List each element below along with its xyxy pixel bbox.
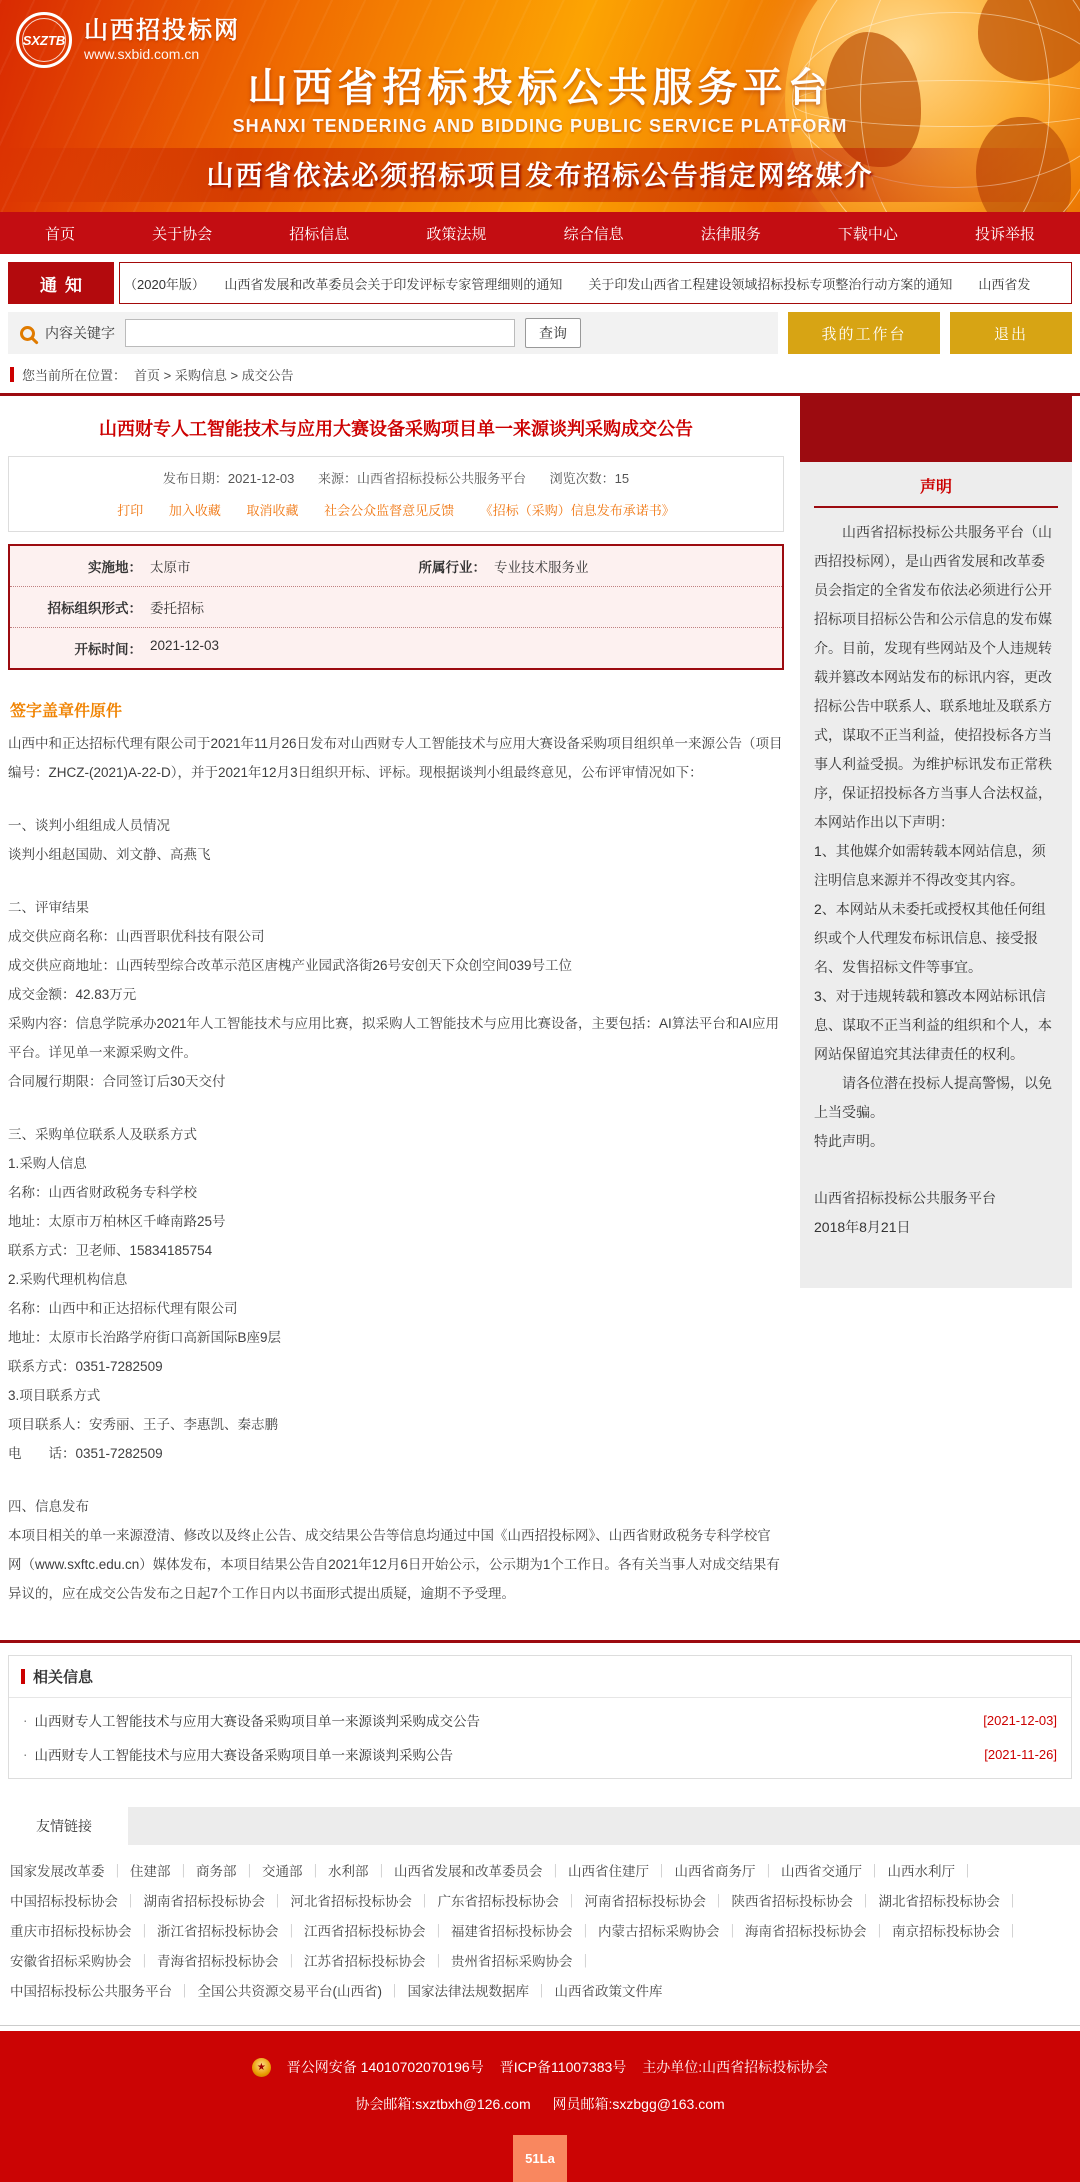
article-paragraph: 成交供应商名称：山西晋职优科技有限公司	[8, 922, 784, 951]
site-logo[interactable]: SXZTB 山西招投标网 www.sxbid.com.cn	[16, 12, 240, 68]
article-paragraph: 名称：山西省财政税务专科学校	[8, 1178, 784, 1207]
friend-link[interactable]: 浙江省招标投标协会	[157, 1924, 304, 1939]
friend-links-row: 重庆市招标投标协会浙江省招标投标协会江西省招标投标协会福建省招标投标协会内蒙古招…	[10, 1917, 1070, 1947]
related-title: 相关信息	[33, 1666, 93, 1687]
publish-date: 2021-12-03	[228, 471, 295, 486]
related-marker	[21, 1669, 25, 1684]
article-action-link[interactable]: 打印	[117, 503, 143, 518]
page: SXZTB 山西招投标网 www.sxbid.com.cn 山西省招标投标公共服…	[0, 0, 1080, 2182]
nav-item[interactable]: 投诉举报	[975, 223, 1035, 244]
footer-member-email: 网员邮箱:sxzbgg@163.com	[553, 2096, 725, 2112]
query-button[interactable]: 查询	[525, 318, 581, 348]
article-meta-line: 发布日期：2021-12-03 来源：山西省招标投标公共服务平台 浏览次数：15	[9, 468, 783, 487]
friend-link[interactable]: 国家法律法规数据库	[408, 1984, 555, 1999]
location-label: 实施地：	[10, 556, 142, 576]
workspace-button[interactable]: 我的工作台	[788, 312, 940, 354]
article-paragraph: 山西中和正达招标代理有限公司于2021年11月26日发布对山西财专人工智能技术与…	[8, 729, 784, 787]
industry-label: 所属行业：	[396, 556, 486, 576]
declaration-body: 山西省招标投标公共服务平台（山西招投标网），是山西省发展和改革委员会指定的全省发…	[814, 518, 1058, 1242]
friend-link[interactable]: 山西省商务厅	[675, 1864, 782, 1879]
footer-assoc-email: 协会邮箱:sxztbxh@126.com	[355, 2096, 530, 2112]
related-header: 相关信息	[9, 1656, 1071, 1698]
article-title: 山西财专人工智能技术与应用大赛设备采购项目单一来源谈判采购成交公告	[14, 416, 778, 442]
notice-ticker[interactable]: （2020年版） 山西省发展和改革委员会关于印发评标专家管理细则的通知 关于印发…	[119, 262, 1072, 304]
article-paragraph: 三、采购单位联系人及联系方式	[8, 1120, 784, 1149]
article-paragraph: 合同履行期限：合同签订后30天交付	[8, 1067, 784, 1096]
article-paragraph: 二、评审结果	[8, 893, 784, 922]
friend-link[interactable]: 海南省招标投标协会	[745, 1924, 892, 1939]
article-paragraph: 名称：山西中和正达招标代理有限公司	[8, 1294, 784, 1323]
notice-row: 通知 （2020年版） 山西省发展和改革委员会关于印发评标专家管理细则的通知 关…	[8, 262, 1072, 304]
site-name: 山西招投标网	[84, 17, 240, 45]
article-meta-box: 发布日期：2021-12-03 来源：山西省招标投标公共服务平台 浏览次数：15…	[8, 456, 784, 532]
nav-item[interactable]: 政策法规	[426, 223, 486, 244]
open-date-cell: 开标时间： 2021-12-03	[10, 638, 782, 658]
friend-link[interactable]: 中国招标投标协会	[10, 1894, 144, 1909]
banner-slogan: 山西省依法必须招标项目发布招标公告指定网络媒介	[0, 154, 1080, 193]
logo-text: 山西招投标网 www.sxbid.com.cn	[84, 17, 240, 63]
footer-registration-line: ★ 晋公网安备 14010702070196号 晋ICP备11007383号 主…	[0, 2057, 1080, 2077]
table-row: 招标组织形式： 委托招标	[10, 587, 782, 628]
friend-links-row: 中国招标投标公共服务平台全国公共资源交易平台(山西省)国家法律法规数据库山西省政…	[10, 1977, 1070, 2007]
related-top-divider	[0, 1640, 1080, 1643]
logo-circle-icon: SXZTB	[16, 12, 72, 68]
breadcrumb-path[interactable]: 首页 > 采购信息 > 成交公告	[134, 365, 294, 384]
article-column: 山西财专人工智能技术与应用大赛设备采购项目单一来源谈判采购成交公告 发布日期：2…	[8, 396, 788, 1608]
friend-link[interactable]: 安徽省招标采购协会	[10, 1954, 157, 1969]
related-section: 相关信息 · 山西财专人工智能技术与应用大赛设备采购项目单一来源谈判采购成交公告…	[8, 1655, 1072, 1779]
article-body: 山西中和正达招标代理有限公司于2021年11月26日发布对山西财专人工智能技术与…	[8, 729, 784, 1608]
article-action-link[interactable]: 《招标（采购）信息发布承诺书》	[480, 503, 675, 518]
stat-counter-badge[interactable]: 51La	[513, 2135, 567, 2182]
list-item: · 山西财专人工智能技术与应用大赛设备采购项目单一来源谈判采购成交公告 [202…	[9, 1698, 1071, 1732]
related-list: · 山西财专人工智能技术与应用大赛设备采购项目单一来源谈判采购成交公告 [202…	[9, 1698, 1071, 1778]
friend-link[interactable]: 交通部	[262, 1864, 328, 1879]
org-form-label: 招标组织形式：	[10, 597, 142, 617]
friend-link[interactable]: 江西省招标投标协会	[304, 1924, 451, 1939]
nav-item[interactable]: 首页	[45, 223, 75, 244]
friend-link[interactable]: 福建省招标投标协会	[451, 1924, 598, 1939]
notice-label: 通知	[8, 262, 114, 304]
nav-item[interactable]: 关于协会	[152, 223, 212, 244]
views-count: 15	[615, 471, 629, 486]
friend-link[interactable]: 陕西省招标投标协会	[732, 1894, 879, 1909]
article-paragraph: 项目联系人：安秀丽、王子、李惠凯、秦志鹏	[8, 1410, 784, 1439]
friend-links-row: 安徽省招标采购协会青海省招标投标协会江苏省招标投标协会贵州省招标采购协会	[10, 1947, 1070, 1977]
logout-button[interactable]: 退出	[950, 312, 1072, 354]
declaration-title: 声明	[814, 474, 1058, 508]
friend-link[interactable]: 内蒙古招标采购协会	[598, 1924, 745, 1939]
article-paragraph: 联系方式：0351-7282509	[8, 1352, 784, 1381]
views-label: 浏览次数：	[550, 471, 615, 486]
logo-abbr: SXZTB	[23, 33, 66, 48]
friend-links-row: 中国招标投标协会湖南省招标投标协会河北省招标投标协会广东省招标投标协会河南省招标…	[10, 1887, 1070, 1917]
header-banner: SXZTB 山西招投标网 www.sxbid.com.cn 山西省招标投标公共服…	[0, 0, 1080, 212]
friend-link[interactable]: 重庆市招标投标协会	[10, 1924, 157, 1939]
footer-icp: 晋ICP备11007383号	[500, 2057, 627, 2077]
bullet-icon: ·	[23, 1747, 28, 1762]
friend-link[interactable]: 江苏省招标投标协会	[304, 1954, 451, 1969]
friend-link[interactable]: 青海省招标投标协会	[157, 1954, 304, 1969]
section-heading: 签字盖章件原件	[10, 698, 782, 721]
declaration-paragraph: 特此声明。	[814, 1127, 1058, 1156]
source-label: 来源：	[318, 471, 357, 486]
article-paragraph: 1.采购人信息	[8, 1149, 784, 1178]
article-actions: 打印 加入收藏 取消收藏 社会公众监督意见反馈 《招标（采购）信息发布承诺书》	[9, 500, 783, 519]
platform-title-en: SHANXI TENDERING AND BIDDING PUBLIC SERV…	[0, 116, 1080, 137]
article-paragraph: 地址：太原市万柏林区千峰南路25号	[8, 1207, 784, 1236]
sidebar-column: 声明 山西省招标投标公共服务平台（山西招投标网），是山西省发展和改革委员会指定的…	[800, 396, 1072, 1288]
sidebar-red-block	[800, 396, 1072, 462]
footer-beian: 晋公网安备 14010702070196号	[287, 2057, 484, 2077]
article-paragraph	[8, 1468, 784, 1492]
nav-item[interactable]: 综合信息	[564, 223, 624, 244]
nav-item[interactable]: 下载中心	[838, 223, 898, 244]
friend-link[interactable]: 河南省招标投标协会	[585, 1894, 732, 1909]
bullet-icon: ·	[23, 1713, 28, 1728]
friend-link[interactable]: 住建部	[130, 1864, 196, 1879]
list-item: · 山西财专人工智能技术与应用大赛设备采购项目单一来源谈判采购公告 [2021-…	[9, 1732, 1071, 1778]
declaration-paragraph: 3、对于违规转载和篡改本网站标讯信息、谋取不正当利益的组织和个人，本网站保留追究…	[814, 982, 1058, 1069]
friend-link[interactable]: 河北省招标投标协会	[291, 1894, 438, 1909]
declaration-paragraph: 2、本网站从未委托或授权其他任何组织或个人代理发布标讯信息、接受报名、发售招标文…	[814, 895, 1058, 982]
article-paragraph: 成交供应商地址：山西转型综合改革示范区唐槐产业园武洛街26号安创天下众创空间03…	[8, 951, 784, 980]
article-action-link[interactable]: 加入收藏	[169, 503, 221, 518]
footer-email-line: 协会邮箱:sxztbxh@126.com 网员邮箱:sxzbgg@163.com	[0, 2094, 1080, 2114]
friend-link[interactable]: 山西省政策文件库	[555, 1984, 663, 1999]
article-paragraph: 3.项目联系方式	[8, 1381, 784, 1410]
friend-link[interactable]: 南京招标投标协会	[892, 1924, 1026, 1939]
main-nav: 首页 关于协会 招标信息 政策法规 综合信息 法律服务 下载中心 投诉举报	[0, 212, 1080, 254]
search-panel: 内容关键字 查询	[8, 312, 778, 354]
article-paragraph: 采购内容：信息学院承办2021年人工智能技术与应用比赛，拟采购人工智能技术与应用…	[8, 1009, 784, 1067]
search-label: 内容关键字	[45, 323, 115, 343]
friend-links-row: 国家发展改革委住建部商务部交通部水利部山西省发展和改革委员会山西省住建厅山西省商…	[10, 1857, 1070, 1887]
declaration-paragraph: 山西省招标投标公共服务平台	[814, 1184, 1058, 1213]
friend-link[interactable]: 山西省发展和改革委员会	[394, 1864, 568, 1879]
friend-link[interactable]: 国家发展改革委	[10, 1864, 130, 1879]
table-row: 实施地： 太原市 所属行业： 专业技术服务业	[10, 546, 782, 587]
breadcrumb-prefix: 您当前所在位置：	[22, 365, 126, 384]
declaration-paragraph: 请各位潜在投标人提高警惕，以免上当受骗。	[814, 1069, 1058, 1127]
footer: ★ 晋公网安备 14010702070196号 晋ICP备11007383号 主…	[0, 2031, 1080, 2182]
content-area: 山西财专人工智能技术与应用大赛设备采购项目单一来源谈判采购成交公告 发布日期：2…	[0, 396, 1080, 1608]
article-paragraph: 地址：太原市长治路学府街口高新国际B座9层	[8, 1323, 784, 1352]
project-info-table: 实施地： 太原市 所属行业： 专业技术服务业 招标组织形式： 委托招标	[8, 544, 784, 670]
friend-link[interactable]: 湖南省招标投标协会	[144, 1894, 291, 1909]
related-item-title[interactable]: 山西财专人工智能技术与应用大赛设备采购项目单一来源谈判采购公告	[35, 1744, 454, 1764]
nav-item[interactable]: 招标信息	[289, 223, 349, 244]
tab-friend-links[interactable]: 友情链接	[0, 1807, 128, 1845]
friend-link[interactable]: 商务部	[196, 1864, 262, 1879]
article-paragraph: 电 话：0351-7282509	[8, 1439, 784, 1468]
article-paragraph: 成交金额：42.83万元	[8, 980, 784, 1009]
search-row: 内容关键字 查询 我的工作台 退出	[8, 312, 1072, 354]
industry-cell: 所属行业： 专业技术服务业	[396, 556, 782, 576]
location-value: 太原市	[150, 556, 191, 576]
org-form-cell: 招标组织形式： 委托招标	[10, 597, 782, 617]
open-date-label: 开标时间：	[10, 638, 142, 658]
search-input[interactable]	[125, 319, 515, 347]
article-paragraph: 2.采购代理机构信息	[8, 1265, 784, 1294]
friend-link[interactable]: 湖北省招标投标协会	[879, 1894, 1026, 1909]
breadcrumb: 您当前所在位置： 首页 > 采购信息 > 成交公告	[10, 365, 1070, 384]
declaration-paragraph: 1、其他媒介如需转载本网站信息，须注明信息来源并不得改变其内容。	[814, 837, 1058, 895]
article-paragraph	[8, 1096, 784, 1120]
nav-item[interactable]: 法律服务	[701, 223, 761, 244]
article-action-link[interactable]: 取消收藏	[246, 503, 298, 518]
article-paragraph	[8, 787, 784, 811]
friend-links-area: 国家发展改革委住建部商务部交通部水利部山西省发展和改革委员会山西省住建厅山西省商…	[0, 1845, 1080, 2025]
org-form-value: 委托招标	[150, 597, 204, 617]
related-item-title[interactable]: 山西财专人工智能技术与应用大赛设备采购项目单一来源谈判采购成交公告	[35, 1710, 481, 1730]
article-paragraph: 一、谈判小组组成人员情况	[8, 811, 784, 840]
public-security-badge-icon: ★	[252, 2058, 271, 2077]
article-paragraph: 联系方式：卫老师、15834185754	[8, 1236, 784, 1265]
search-icon	[20, 326, 35, 341]
friend-link[interactable]: 全国公共资源交易平台(山西省)	[198, 1984, 408, 1999]
footer-divider	[0, 2025, 1080, 2026]
friend-link[interactable]: 山西省交通厅	[781, 1864, 888, 1879]
site-url: www.sxbid.com.cn	[84, 45, 240, 63]
friend-link[interactable]: 中国招标投标公共服务平台	[10, 1984, 198, 1999]
article-paragraph	[8, 869, 784, 893]
declaration-paragraph: 山西省招标投标公共服务平台（山西招投标网），是山西省发展和改革委员会指定的全省发…	[814, 518, 1058, 837]
declaration-panel: 声明 山西省招标投标公共服务平台（山西招投标网），是山西省发展和改革委员会指定的…	[800, 462, 1072, 1288]
publish-date-label: 发布日期：	[163, 471, 228, 486]
badge-star: ★	[257, 2062, 266, 2073]
location-cell: 实施地： 太原市	[10, 556, 396, 576]
related-item-date: [2021-11-26]	[984, 1747, 1057, 1762]
table-row: 开标时间： 2021-12-03	[10, 628, 782, 668]
friend-links-bar: 友情链接	[0, 1807, 1080, 1845]
source-value: 山西省招标投标公共服务平台	[357, 471, 526, 486]
article-paragraph: 本项目相关的单一来源澄清、修改以及终止公告、成交结果公告等信息均通过中国《山西招…	[8, 1521, 784, 1608]
friend-link[interactable]: 贵州省招标采购协会	[451, 1954, 598, 1969]
friend-links-section: 友情链接 国家发展改革委住建部商务部交通部水利部山西省发展和改革委员会山西省住建…	[0, 1807, 1080, 2025]
article-paragraph: 四、信息发布	[8, 1492, 784, 1521]
article-paragraph: 谈判小组赵国勋、刘文静、高燕飞	[8, 840, 784, 869]
friend-link[interactable]: 山西水利厅	[888, 1864, 981, 1879]
friend-link[interactable]: 广东省招标投标协会	[438, 1894, 585, 1909]
industry-value: 专业技术服务业	[494, 556, 589, 576]
open-date-value: 2021-12-03	[150, 638, 219, 658]
breadcrumb-marker	[10, 367, 14, 382]
article-action-link[interactable]: 社会公众监督意见反馈	[324, 503, 454, 518]
related-item-date: [2021-12-03]	[983, 1713, 1057, 1728]
declaration-paragraph: 2018年8月21日	[814, 1213, 1058, 1242]
friend-link[interactable]: 水利部	[328, 1864, 394, 1879]
footer-organizer: 主办单位:山西省招标投标协会	[642, 2057, 828, 2077]
friend-link[interactable]: 山西省住建厅	[568, 1864, 675, 1879]
